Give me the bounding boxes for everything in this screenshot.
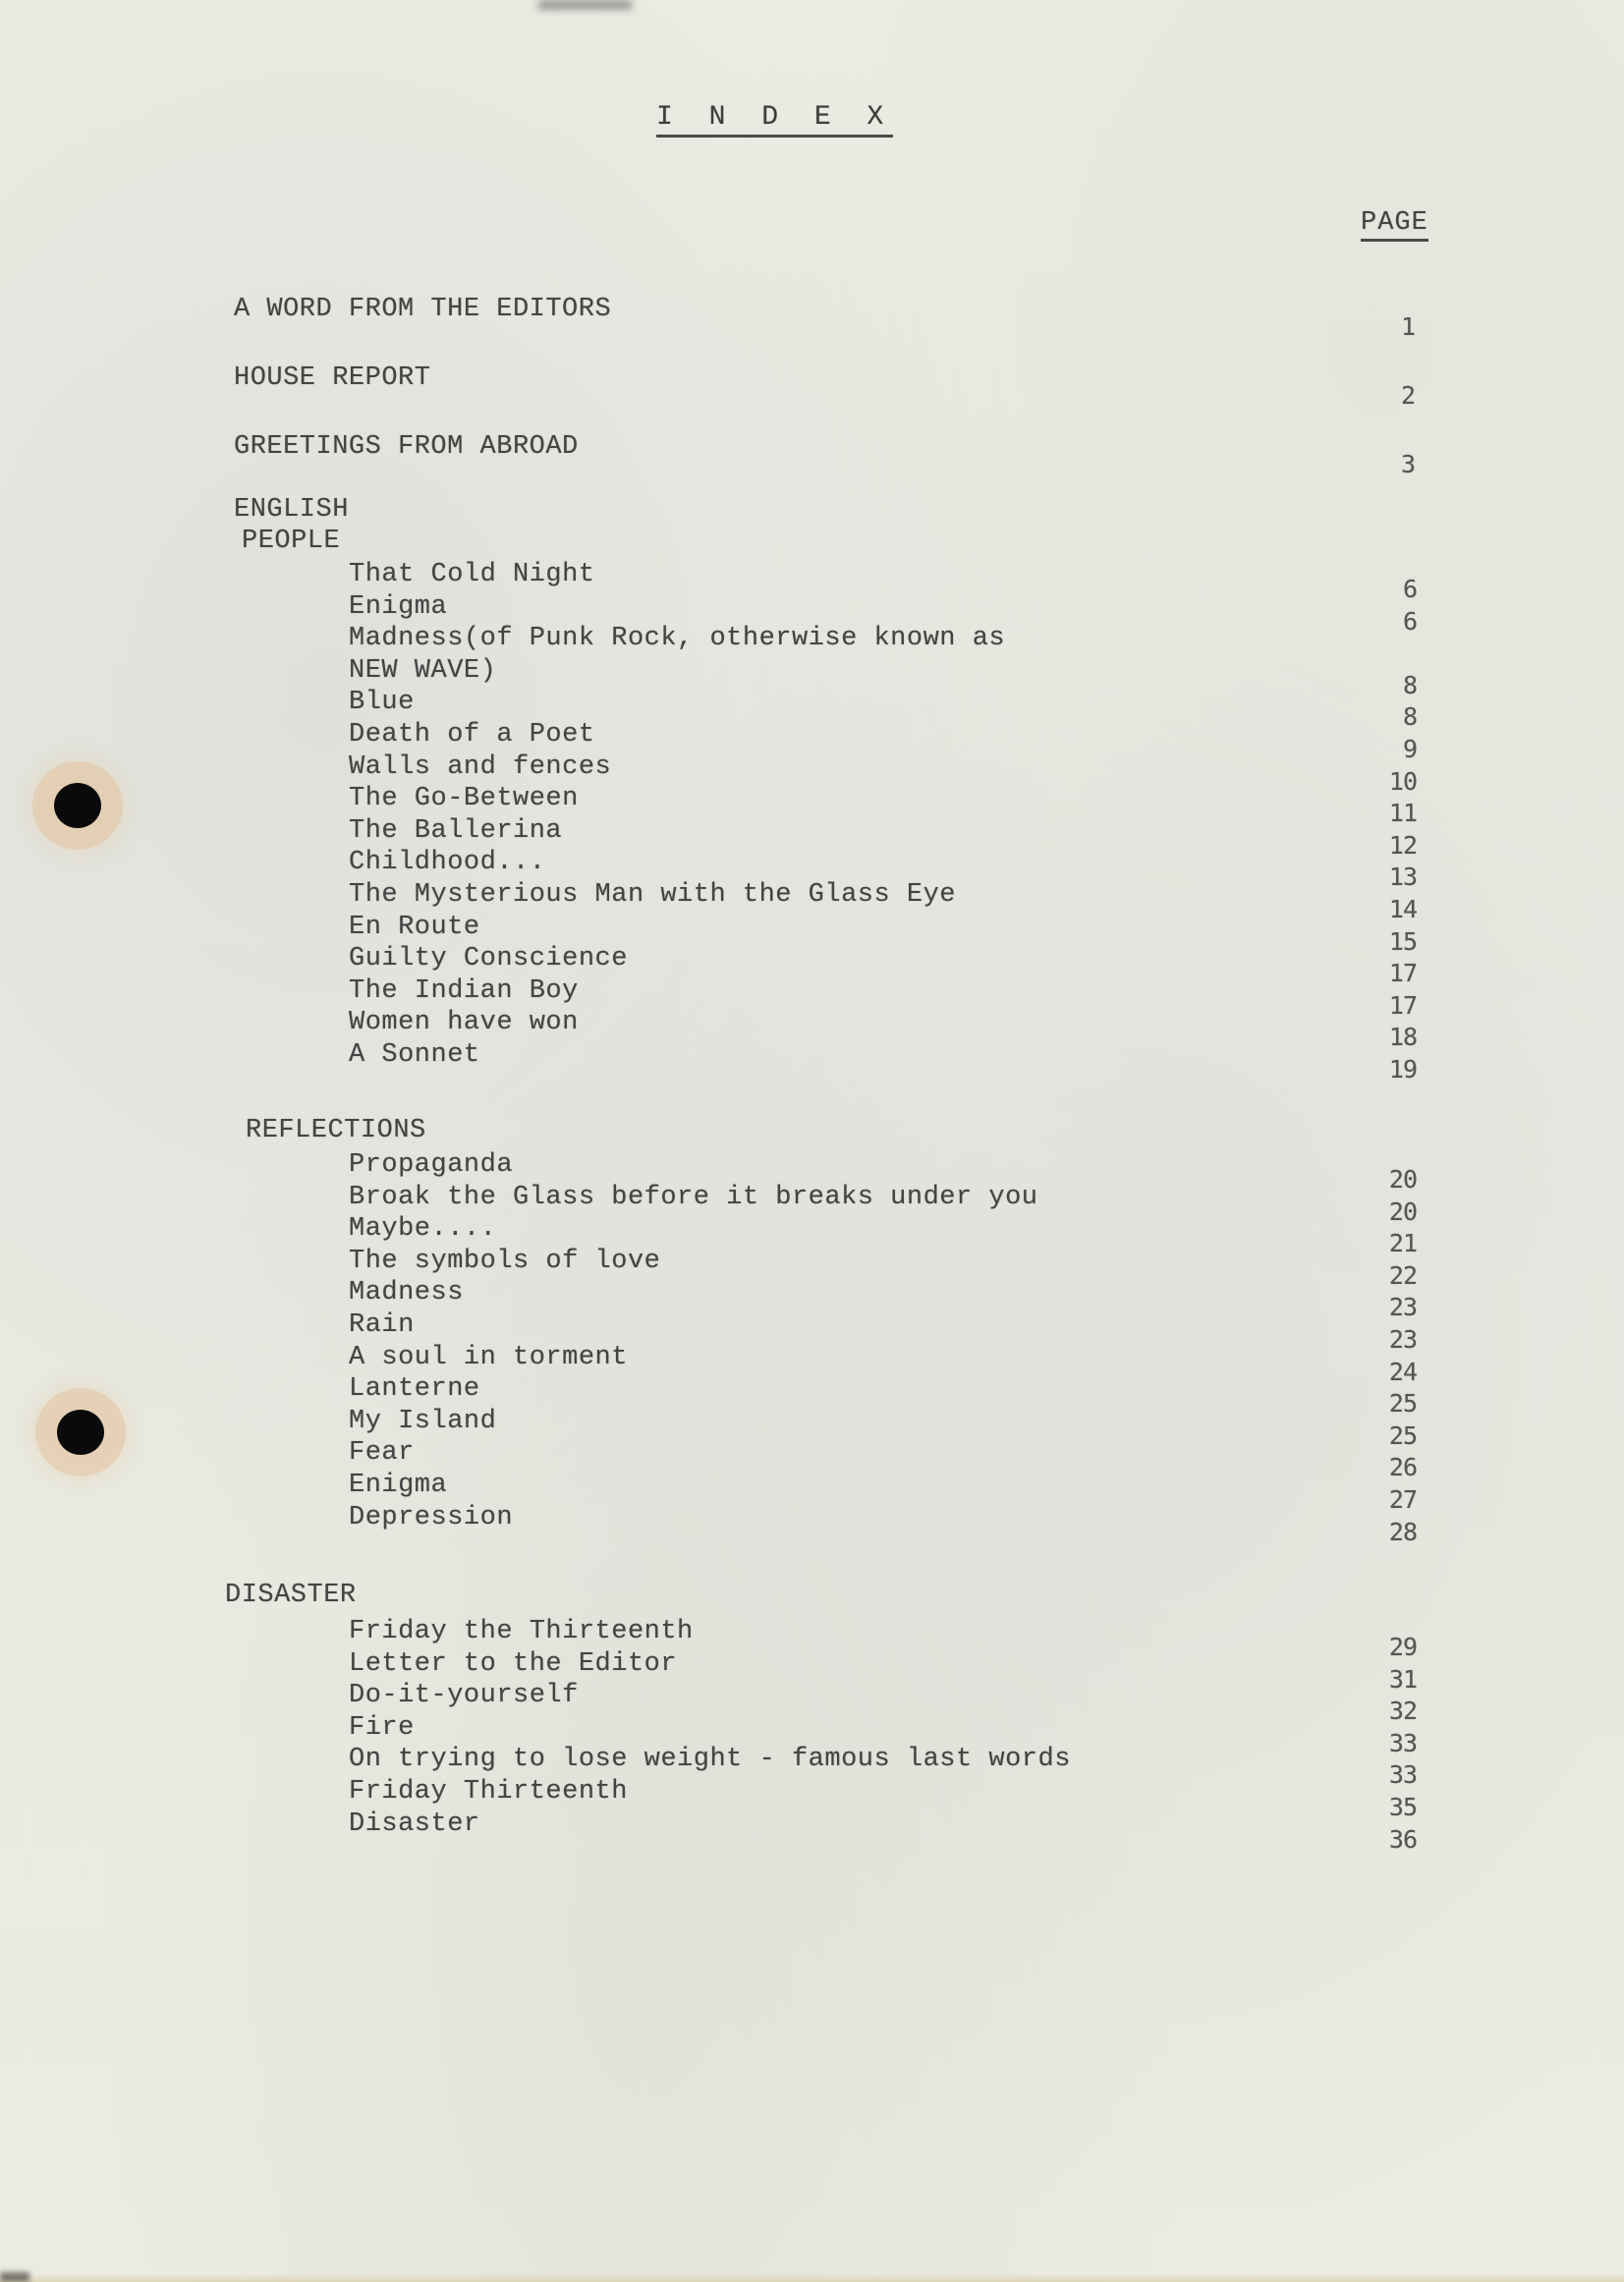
list-item-title: Do-it-yourself: [349, 1681, 579, 1710]
entry-title: GREETINGS FROM ABROAD: [234, 432, 579, 462]
paper-edge: [0, 2274, 1624, 2282]
list-item-page: 36: [1338, 1825, 1417, 1854]
list-item-page: 20: [1338, 1165, 1417, 1194]
index-title: I N D E X: [656, 102, 893, 138]
section-heading-disaster: DISASTER: [225, 1581, 357, 1610]
list-item-page: 22: [1338, 1261, 1417, 1290]
list-item-title: Blue: [349, 688, 415, 717]
entry-title: HOUSE REPORT: [234, 363, 430, 393]
entry-title: A WORD FROM THE EDITORS: [234, 295, 611, 324]
list-item-title: Depression: [349, 1503, 513, 1532]
list-item-title: Maybe....: [349, 1214, 496, 1244]
list-item-page: 26: [1338, 1453, 1417, 1481]
list-item-page: 25: [1338, 1421, 1417, 1450]
page-column-header: PAGE: [1361, 208, 1428, 242]
list-item-page: 12: [1338, 831, 1417, 860]
list-item-page: 33: [1338, 1760, 1417, 1789]
list-item-page: 15: [1338, 927, 1417, 956]
entry-page: 1: [1336, 312, 1415, 341]
list-item-page: 13: [1338, 863, 1417, 891]
list-item-page: 8: [1338, 702, 1417, 731]
list-item-page: 35: [1338, 1793, 1417, 1821]
list-item-title: Enigma: [349, 1471, 447, 1500]
list-item-page: 31: [1338, 1665, 1417, 1694]
list-item-title: Letter to the Editor: [349, 1649, 677, 1679]
list-item-page: 32: [1338, 1697, 1417, 1725]
list-item-title: En Route: [349, 913, 480, 942]
list-item-page: 19: [1338, 1055, 1417, 1084]
list-item-title: Fear: [349, 1438, 415, 1468]
list-item-page: 23: [1338, 1325, 1417, 1354]
list-item-title: Fire: [349, 1713, 415, 1743]
list-item-title: My Island: [349, 1407, 496, 1436]
list-item-title: Lanterne: [349, 1374, 480, 1404]
entry-page: 2: [1336, 381, 1415, 410]
list-item-title: Walls and fences: [349, 752, 611, 782]
list-item-title: Women have won: [349, 1008, 579, 1037]
list-item-page: 23: [1338, 1293, 1417, 1321]
section-heading-english: ENGLISH: [234, 495, 349, 525]
entry-page: 3: [1336, 450, 1415, 478]
list-item-title: Death of a Poet: [349, 720, 595, 750]
list-item-page: 17: [1338, 959, 1417, 987]
list-item-title: Broak the Glass before it breaks under y…: [349, 1183, 1038, 1212]
list-item-page: 24: [1338, 1358, 1417, 1386]
list-item-title: Rain: [349, 1310, 415, 1340]
list-item-page: 20: [1338, 1197, 1417, 1226]
list-item-title: Friday the Thirteenth: [349, 1617, 694, 1646]
list-item-title: The symbols of love: [349, 1247, 660, 1276]
list-item-page: 25: [1338, 1389, 1417, 1418]
list-item-page: 10: [1338, 767, 1417, 796]
subsection-heading-reflections: REFLECTIONS: [246, 1116, 426, 1145]
list-item-page: 18: [1338, 1023, 1417, 1051]
list-item-title: A soul in torment: [349, 1343, 628, 1372]
list-item-title: Enigma: [349, 592, 447, 622]
list-item-title: Friday Thirteenth: [349, 1777, 628, 1807]
list-item-page: 11: [1338, 799, 1417, 827]
list-item-title: The Go-Between: [349, 784, 579, 813]
list-item-title: A Sonnet: [349, 1040, 480, 1070]
paper-smudge: [538, 0, 632, 10]
list-item-title: That Cold Night: [349, 560, 595, 589]
list-item-page: 17: [1338, 991, 1417, 1020]
list-item-title: Madness(of Punk Rock, otherwise known as: [349, 624, 1005, 653]
list-item-page: 9: [1338, 735, 1417, 763]
list-item-page: 14: [1338, 895, 1417, 923]
list-item-title: Childhood...: [349, 848, 545, 877]
list-item-page: 27: [1338, 1485, 1417, 1514]
list-item-page: 6: [1338, 607, 1417, 636]
list-item-title: Guilty Conscience: [349, 944, 628, 974]
list-item-title: NEW WAVE): [349, 656, 496, 686]
list-item-title: The Indian Boy: [349, 976, 579, 1006]
list-item-page: 29: [1338, 1633, 1417, 1661]
list-item-page: 33: [1338, 1729, 1417, 1757]
list-item-page: 21: [1338, 1229, 1417, 1257]
list-item-page: 6: [1338, 575, 1417, 603]
list-item-title: The Mysterious Man with the Glass Eye: [349, 880, 956, 910]
list-item-title: On trying to lose weight - famous last w…: [349, 1745, 1071, 1774]
list-item-title: Disaster: [349, 1809, 480, 1839]
list-item-title: Madness: [349, 1278, 464, 1308]
punch-hole-icon: [54, 783, 101, 828]
paper-corner-shadow: [0, 2272, 29, 2282]
list-item-title: The Ballerina: [349, 816, 562, 846]
list-item-title: Propaganda: [349, 1150, 513, 1180]
list-item-page: 8: [1338, 671, 1417, 699]
subsection-heading-people: PEOPLE: [242, 527, 340, 556]
punch-hole-icon: [57, 1410, 104, 1455]
list-item-page: 28: [1338, 1518, 1417, 1546]
